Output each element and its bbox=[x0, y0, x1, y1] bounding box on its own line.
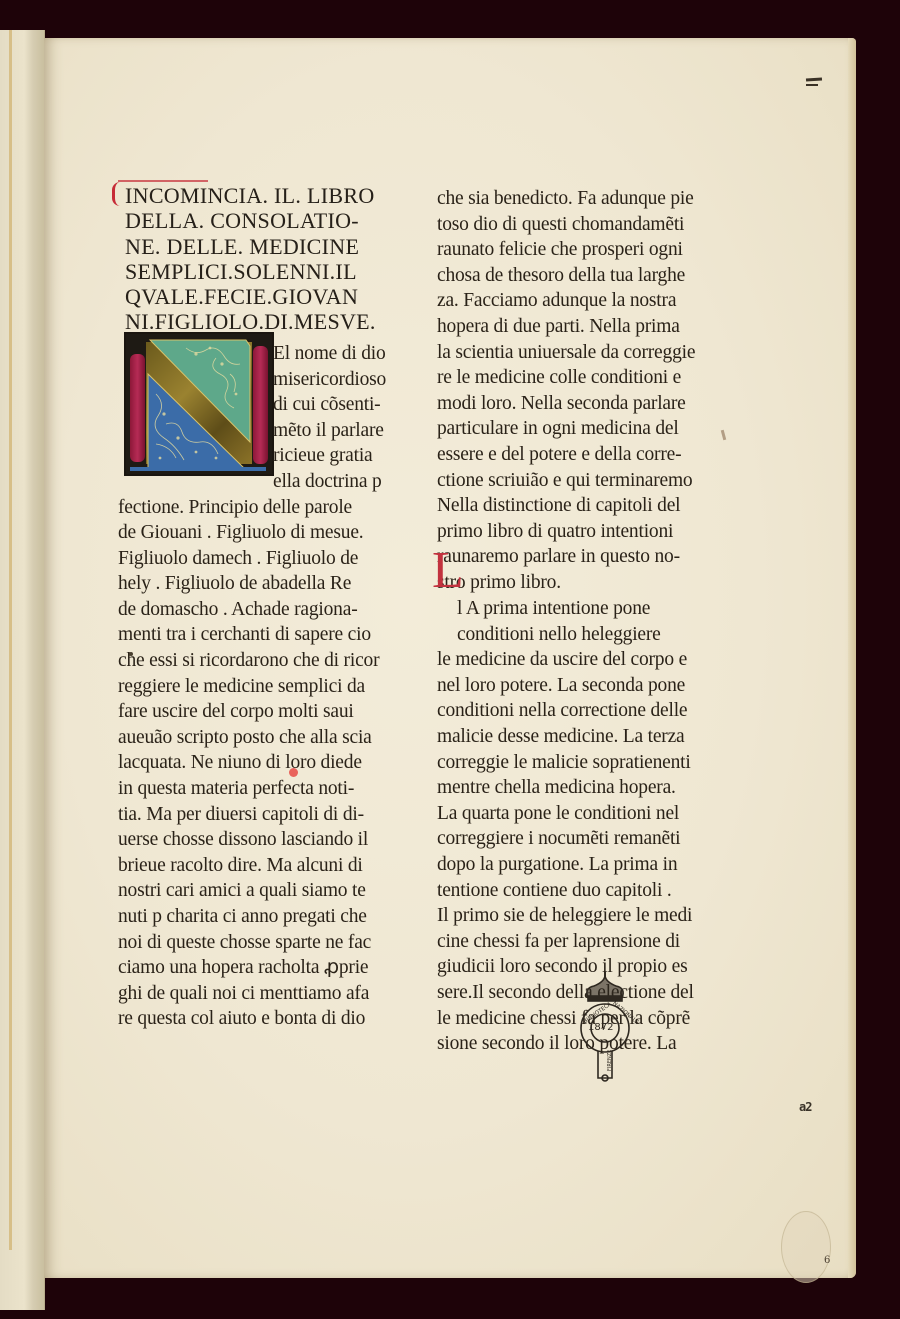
library-stamp: BIBLIOTECA NAZIONALE FIRENZE 1872 bbox=[570, 972, 640, 1082]
text-line: che sia benedicto. Fa adunque pie bbox=[437, 186, 695, 212]
title-line: NE. DELLE. MEDICINE bbox=[125, 234, 376, 259]
text-line: nel loro potere. La seconda pone bbox=[437, 673, 694, 699]
text-line: essere e del potere e della corre- bbox=[437, 442, 695, 468]
page-fore-edge bbox=[848, 38, 856, 1278]
text-line: la scientia uniuersale da correggie bbox=[437, 340, 695, 366]
text-line: reggiere le medicine semplici da bbox=[118, 674, 379, 700]
folio-number-mark-stroke bbox=[806, 84, 818, 86]
rubric-stroke bbox=[118, 180, 208, 182]
previous-page-gilt-edge bbox=[9, 30, 12, 1250]
text-line: ella doctrina p bbox=[273, 469, 386, 495]
text-line: raunato felicie che prosperi ogni bbox=[437, 237, 695, 263]
rubric-initial-L: L bbox=[432, 545, 464, 597]
text-line: Figliuolo damech . Figliuolo de bbox=[118, 546, 379, 572]
text-line: conditioni nello heleggiere bbox=[457, 622, 661, 648]
stamp-year: 1872 bbox=[588, 1022, 613, 1033]
text-line: malicie desse medicine. La terza bbox=[437, 724, 694, 750]
text-line: ctione scriuião e qui terminaremo bbox=[437, 468, 695, 494]
text-line: hopera di due parti. Nella prima bbox=[437, 314, 695, 340]
paper-emboss-mark bbox=[781, 1211, 831, 1283]
right-column-indented-text: l A prima intentione poneconditioni nell… bbox=[457, 596, 661, 647]
text-line: chosa de thesoro della tua larghe bbox=[437, 263, 695, 289]
initial-blue-base bbox=[130, 467, 266, 471]
text-line: uerse chosse dissono lasciando il bbox=[118, 827, 379, 853]
text-line: ghi de quali noi ci menttiamo afa bbox=[118, 981, 379, 1007]
text-line: lacquata. Ne niuno di loro diede bbox=[118, 750, 379, 776]
text-line: toso dio di questi chomandamẽti bbox=[437, 212, 695, 238]
text-line: sere.Il secondo della electione del bbox=[437, 980, 694, 1006]
text-line: La quarta pone le conditioni nel bbox=[437, 801, 694, 827]
incipit-title: INCOMINCIA. IL. LIBRODELLA. CONSOLATIO-N… bbox=[125, 183, 376, 335]
margin-dot bbox=[129, 652, 133, 656]
text-line: menti tra i cerchanti di sapere cio bbox=[118, 622, 379, 648]
initial-crimson-stem-right bbox=[253, 346, 268, 464]
text-line: tentione contiene duo capitoli . bbox=[437, 878, 694, 904]
right-column-text-top: che sia benedicto. Fa adunque pietoso di… bbox=[437, 186, 695, 596]
initial-ornament-icon bbox=[126, 334, 272, 474]
text-line: correggiere i nocumẽti remanẽti bbox=[437, 826, 694, 852]
text-line: tia. Ma per diuersi capitoli di di- bbox=[118, 802, 379, 828]
text-line: ciamo una hopera racholta ꝓprie bbox=[118, 955, 379, 981]
text-line: stro primo libro. bbox=[437, 570, 695, 596]
svg-text:FIRENZE: FIRENZE bbox=[607, 1050, 613, 1071]
title-line: SEMPLICI.SOLENNI.IL bbox=[125, 259, 376, 284]
text-line: l A prima intentione pone bbox=[457, 596, 661, 622]
title-line: QVALE.FECIE.GIOVAN bbox=[125, 284, 376, 309]
signature-mark: a2 bbox=[799, 1100, 811, 1114]
text-line: particulare in ogni medicina del bbox=[437, 416, 695, 442]
text-line: nuti p charita ci anno pregati che bbox=[118, 904, 379, 930]
text-line: aueuão scripto posto che alla scia bbox=[118, 725, 379, 751]
corner-mark: 6 bbox=[824, 1255, 830, 1266]
text-line: hely . Figliuolo de abadella Re bbox=[118, 571, 379, 597]
text-line: conditioni nella correctione delle bbox=[437, 698, 694, 724]
text-line: in questa materia perfecta noti- bbox=[118, 776, 379, 802]
right-column-text-bottom: le medicine da uscire del corpo enel lor… bbox=[437, 647, 694, 1057]
text-line: di cui cõsenti- bbox=[273, 392, 386, 418]
text-line: giudicii loro secondo il propio es bbox=[437, 954, 694, 980]
text-line: noi di queste chosse sparte ne fac bbox=[118, 930, 379, 956]
text-line: mẽto il parlare bbox=[273, 418, 386, 444]
svg-text:NAZIONALE: NAZIONALE bbox=[611, 1001, 640, 1027]
text-line: ricieue gratia bbox=[273, 443, 386, 469]
text-line: El nome di dio bbox=[273, 341, 386, 367]
text-line: re questa col aiuto e bonta di dio bbox=[118, 1006, 379, 1032]
text-line: le medicine chessi fa per la cõprẽ bbox=[437, 1006, 694, 1032]
text-line: brieue racolto dire. Ma alcuni di bbox=[118, 853, 379, 879]
text-line: fare uscire del corpo molti saui bbox=[118, 699, 379, 725]
text-line: Il primo sie de heleggiere le medi bbox=[437, 903, 694, 929]
text-line: mentre chella medicina hopera. bbox=[437, 775, 694, 801]
previous-page-edge bbox=[0, 30, 45, 1310]
text-line: dopo la purgatione. La prima in bbox=[437, 852, 694, 878]
text-line: primo libro di quatro intentioni bbox=[437, 519, 695, 545]
illuminated-initial-N bbox=[124, 332, 274, 476]
text-line: cine chessi fa per laprensione di bbox=[437, 929, 694, 955]
text-line: re le medicine colle conditioni e bbox=[437, 365, 695, 391]
text-line: Nella distinctione di capitoli del bbox=[437, 493, 695, 519]
text-line: fectione. Principio delle parole bbox=[118, 495, 379, 521]
red-ink-spot bbox=[289, 768, 298, 777]
title-line: DELLA. CONSOLATIO- bbox=[125, 208, 376, 233]
text-line: che essi si ricordarono che di ricor bbox=[118, 648, 379, 674]
initial-crimson-stem-left bbox=[130, 354, 145, 462]
title-line: INCOMINCIA. IL. LIBRO bbox=[125, 183, 376, 208]
title-line: NI.FIGLIOLO.DI.MESVE. bbox=[125, 309, 376, 334]
text-line: za. Facciamo adunque la nostra bbox=[437, 288, 695, 314]
text-line: de domascho . Achade ragiona- bbox=[118, 597, 379, 623]
left-column-text: fectione. Principio delle parolede Gioua… bbox=[118, 495, 379, 1032]
text-line: le medicine da uscire del corpo e bbox=[437, 647, 694, 673]
text-line: sione secondo il loro potere. La bbox=[437, 1031, 694, 1057]
text-line: correggie le malicie sopratienenti bbox=[437, 750, 694, 776]
text-line: raunaremo parlare in questo no- bbox=[437, 544, 695, 570]
text-line: modi loro. Nella seconda parlare bbox=[437, 391, 695, 417]
left-column-indented-text: El nome di diomisericordiosodi cui cõsen… bbox=[273, 341, 386, 495]
text-line: de Giouani . Figliuolo di mesue. bbox=[118, 520, 379, 546]
text-line: misericordioso bbox=[273, 367, 386, 393]
text-line: nostri cari amici a quali siamo te bbox=[118, 878, 379, 904]
